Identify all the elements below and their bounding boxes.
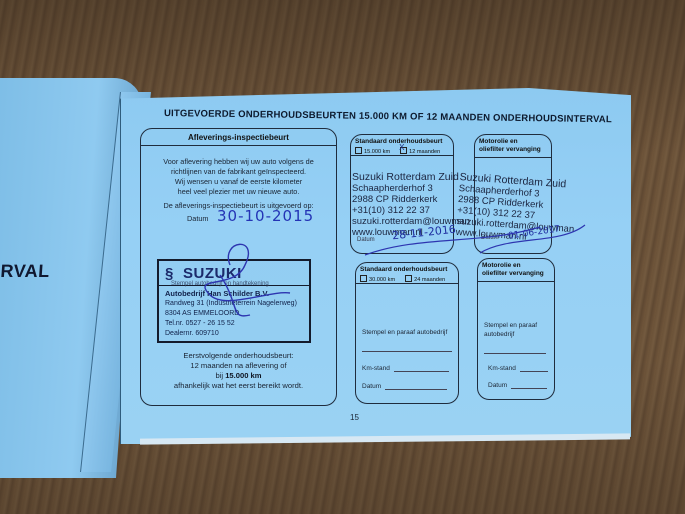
- date-input-line[interactable]: [385, 389, 447, 390]
- km-input-line[interactable]: [394, 371, 449, 372]
- divider: [351, 155, 453, 156]
- service-options: 30.000 km 24 maanden: [360, 275, 445, 283]
- delivery-inspection-box: Afleverings-inspectiebeurt Voor afleveri…: [140, 128, 337, 406]
- stamp-company: Autobedrijf Han Schilder B.V.: [165, 289, 269, 298]
- dealer-stamp: § SUZUKI Stempel autobedrijf en handteke…: [157, 259, 311, 343]
- stamp-city: 8304 AS EMMELOORD: [165, 310, 239, 317]
- delivery-intro-text: Voor aflevering hebben wij uw auto volge…: [147, 157, 330, 197]
- km-label: Km-stand: [362, 365, 390, 372]
- stamp-label: Stempel en paraaf autobedrijf: [362, 329, 447, 336]
- suzuki-logo-icon: §: [165, 265, 173, 282]
- checkbox-icon[interactable]: [360, 275, 367, 282]
- stamp-brand: SUZUKI: [183, 265, 242, 282]
- checkbox-icon[interactable]: [355, 147, 362, 154]
- stamp-phone: Tel.nr. 0527 - 26 15 52: [165, 320, 235, 327]
- date-input-line[interactable]: [511, 388, 547, 389]
- oil-change-block-2: Motorolie en oliefilter vervanging Stemp…: [477, 258, 555, 400]
- next-service-line: Eerstvolgende onderhoudsbeurt:: [147, 351, 330, 361]
- stamp-caption: Stempel autobedrijf en handtekening: [171, 281, 269, 287]
- service-block-title: Motorolie en oliefilter vervanging: [482, 262, 544, 278]
- divider: [478, 281, 554, 282]
- stamp-line[interactable]: [484, 345, 546, 354]
- next-service-line: bij 15.000 km: [147, 371, 330, 381]
- date-field[interactable]: Datum: [488, 382, 547, 389]
- date-field[interactable]: Datum: [362, 383, 447, 390]
- dealer-name: Suzuki Rotterdam Zuid: [352, 172, 470, 183]
- stamp-line[interactable]: [362, 343, 452, 352]
- km-input-line[interactable]: [520, 371, 548, 372]
- next-service-line: 12 maanden na aflevering of: [147, 361, 330, 371]
- stamp-label: Stempel en paraaf autobedrijf: [484, 321, 537, 339]
- divider: [141, 145, 336, 146]
- service-options: 15.000 km 12 maanden: [355, 147, 440, 155]
- page-number: 15: [350, 413, 359, 422]
- checkbox-checked-icon[interactable]: [400, 147, 407, 154]
- divider: [356, 283, 458, 284]
- next-service-text: Eerstvolgende onderhoudsbeurt: 12 maande…: [147, 351, 330, 391]
- next-service-km: 15.000 km: [225, 371, 261, 380]
- service-block-30000: Standaard onderhoudsbeurt 30.000 km 24 m…: [355, 262, 459, 404]
- option-km[interactable]: 15.000 km: [355, 147, 390, 155]
- next-service-prefix: bij: [215, 371, 225, 380]
- option-km[interactable]: 30.000 km: [360, 275, 395, 283]
- option-months[interactable]: 12 maanden: [400, 147, 440, 155]
- option-months[interactable]: 24 maanden: [405, 275, 445, 283]
- next-service-line: afhankelijk wat het eerst bereikt wordt.: [147, 381, 330, 391]
- dealer-phone: +31(10) 312 22 37: [352, 205, 470, 216]
- checkbox-icon[interactable]: [405, 275, 412, 282]
- service-block-title: Standaard onderhoudsbeurt: [360, 266, 447, 274]
- divider: [475, 157, 551, 158]
- service-block-title: Motorolie en oliefilter vervanging: [479, 138, 541, 154]
- km-field[interactable]: Km-stand: [362, 365, 449, 372]
- stamp-dealer-number: Dealernr. 609710: [165, 330, 219, 337]
- km-label: Km-stand: [488, 365, 516, 372]
- left-page-heading: RVAL: [0, 261, 51, 282]
- stamp-address: Randweg 31 (Industrieterrein Nagelerweg): [165, 300, 297, 307]
- handwritten-date: 30-10-2015: [217, 207, 314, 225]
- date-label: Datum: [362, 383, 381, 390]
- dealer-city: 2988 CP Ridderkerk: [352, 194, 470, 205]
- km-field[interactable]: Km-stand: [488, 365, 548, 372]
- dealer-street: Schaapherderhof 3: [352, 183, 470, 194]
- date-label: Datum: [187, 214, 209, 223]
- delivery-inspection-header: Afleverings-inspectiebeurt: [141, 133, 336, 142]
- date-label: Datum: [488, 382, 507, 389]
